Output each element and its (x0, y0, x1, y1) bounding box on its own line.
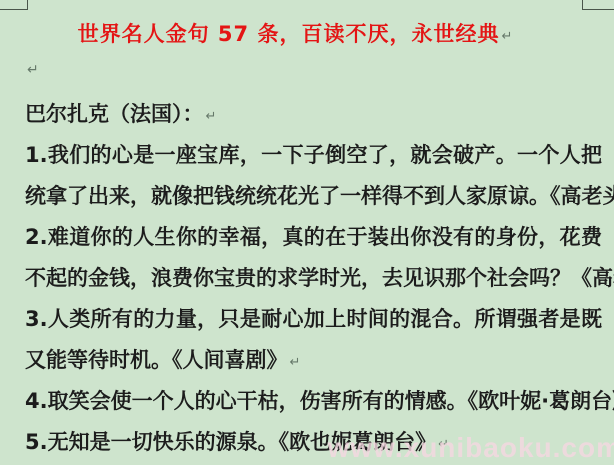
document-body: 巴尔扎克（法国）：↵ 1.我们的心是一座宝库，一下子倒空了，就会破产。一个人把情… (25, 94, 602, 463)
quote-line-text: 又能等待时机。《人间喜剧》 (25, 348, 288, 372)
quote-line: 1.我们的心是一座宝库，一下子倒空了，就会破产。一个人把情感统 (25, 135, 602, 176)
quote-line: 3.人类所有的力量，只是耐心加上时间的混合。所谓强者是既有意志， (25, 299, 602, 340)
document-title-text: 世界名人金句 57 条，百读不厌，永世经典 (78, 22, 500, 46)
document-title: 世界名人金句 57 条，百读不厌，永世经典↵ (0, 20, 590, 51)
quote-line-text: 2.难道你的人生你的幸福，真的在于装出你没有的身份，花费你担负 (25, 225, 602, 258)
paragraph-mark-icon: ↵ (288, 355, 301, 370)
quote-line: 不起的金钱，浪费你宝贵的求学时光，去见识那个社会吗？《高老头》↵ (25, 258, 602, 299)
author-line-text: 巴尔扎克（法国）： (25, 102, 204, 126)
margin-crop-mark-top-left (27, 0, 28, 10)
quote-line-text: 统拿了出来，就像把钱统统花光了一样得不到人家原谅。《高老头》 (25, 184, 614, 208)
quote-line: 2.难道你的人生你的幸福，真的在于装出你没有的身份，花费你担负 (25, 217, 602, 258)
quote-line: 又能等待时机。《人间喜剧》↵ (25, 340, 602, 381)
author-line: 巴尔扎克（法国）：↵ (25, 94, 602, 135)
margin-crop-mark-top-right (582, 9, 614, 10)
margin-crop-mark-top-right (582, 0, 583, 10)
quote-line-text: 3.人类所有的力量，只是耐心加上时间的混合。所谓强者是既有意志， (25, 307, 602, 340)
paragraph-mark-icon: ↵ (25, 62, 39, 78)
watermark: www.xunibaoku.com (328, 432, 614, 464)
quote-line-text: 不起的金钱，浪费你宝贵的求学时光，去见识那个社会吗？《高老头》 (25, 266, 614, 290)
quote-line-text: 4.取笑会使一个人的心干枯，伤害所有的情感。《欧叶妮·葛朗台》 (25, 389, 614, 413)
quote-line: 统拿了出来，就像把钱统统花光了一样得不到人家原谅。《高老头》↵ (25, 176, 602, 217)
paragraph-mark-icon: ↵ (204, 109, 217, 124)
quote-line-text: 1.我们的心是一座宝库，一下子倒空了，就会破产。一个人把情感统 (25, 143, 602, 176)
paragraph-mark-icon: ↵ (499, 29, 512, 44)
margin-crop-mark-top-left (0, 9, 28, 10)
quote-line: 4.取笑会使一个人的心干枯，伤害所有的情感。《欧叶妮·葛朗台》↵ (25, 381, 602, 422)
document-page: 世界名人金句 57 条，百读不厌，永世经典↵ ↵ 巴尔扎克（法国）：↵ 1.我们… (0, 0, 614, 465)
